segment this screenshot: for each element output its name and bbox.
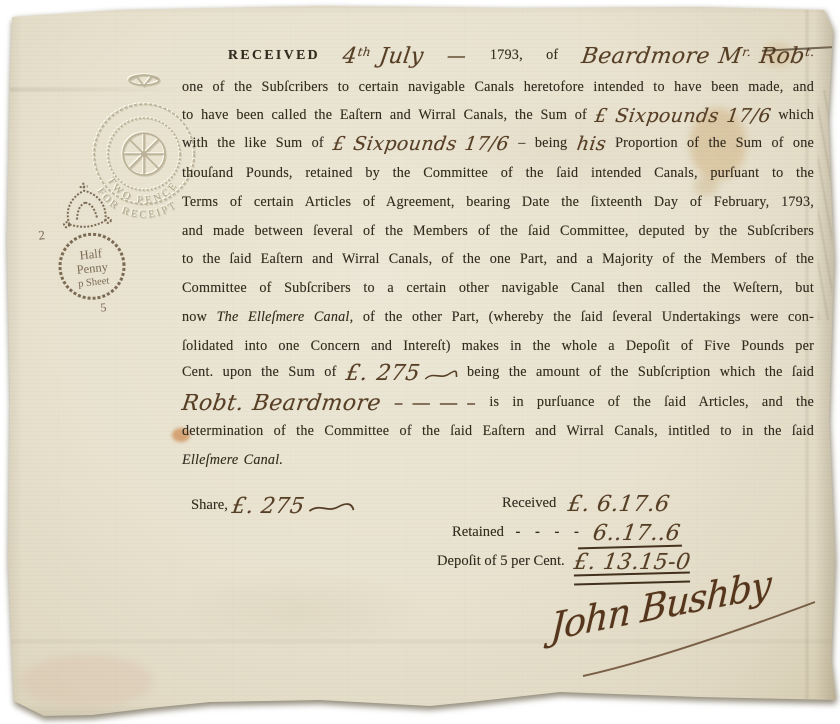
retained-label: Retained xyxy=(452,524,504,540)
handwritten-received-value: £. 6.17.6 xyxy=(566,492,671,517)
received-row: Received £. 6.17.6 xyxy=(502,492,670,517)
receipt-line: one of the Subſcribers to certain naviga… xyxy=(182,77,814,97)
duty-stamp-line3: p Sheet xyxy=(78,276,110,290)
duty-stamp-line2: Penny xyxy=(76,260,109,277)
italic-canal-name: The Elleſmere Canal, xyxy=(217,309,354,325)
deposit-row: Depoſit of 5 per Cent. £. 13.15-0 xyxy=(437,550,691,575)
handwritten-payer-name: Beardmore Mr. Robt. xyxy=(580,42,816,67)
deposit-label: Depoſit of 5 per Cent. xyxy=(437,553,565,569)
printed-text: is in purſuance of the ſaid Articles, an… xyxy=(489,394,814,410)
printed-text: Proportion of the Sum of one xyxy=(615,135,814,151)
scan-background: TWO PENCE FOR RECEIPT Half P xyxy=(0,0,840,724)
duty-stamp-left-mark: 2 xyxy=(38,227,46,243)
receipt-line: and made between ſeveral of the Members … xyxy=(182,221,814,241)
printed-text: to have been called the Eaſtern and Wirr… xyxy=(182,107,587,123)
receipt-paper-wrap: TWO PENCE FOR RECEIPT Half P xyxy=(0,0,840,724)
pen-flourish xyxy=(307,501,357,515)
receipt-line: Cent. upon the Sum of £. 275 being the a… xyxy=(182,362,814,384)
handwritten-retained-value: 6..17..6 xyxy=(591,521,682,546)
share-label: Share, xyxy=(191,497,228,513)
share-row: Share, £. 275 xyxy=(191,494,356,519)
receipt-line: thouſand Pounds, retained by the Committ… xyxy=(182,163,814,183)
receipt-header-line: RECEIVED 4th July — 1793, of Beardmore M… xyxy=(182,42,814,67)
receipt-line: Elleſmere Canal. xyxy=(182,450,814,470)
received-label: RECEIVED xyxy=(228,47,320,62)
receipt-line: to have been called the Eaſtern and Wirr… xyxy=(182,105,814,126)
handwritten-his: his xyxy=(575,134,607,154)
handwritten-subscription-sum: £. 275 xyxy=(344,364,459,384)
handwritten-payer-name-2: Robt. Beardmore xyxy=(181,394,383,414)
handwritten-dash: — xyxy=(446,46,468,66)
printed-text: which xyxy=(778,107,814,123)
receipt-line: Robt. Beardmore – — — – is in purſuance … xyxy=(182,392,814,414)
receipt-line: ſolidated into one Concern and Intereſt)… xyxy=(182,336,814,356)
receipt-line: with the like Sum of £ Sixpounds 17/6 – … xyxy=(182,133,814,154)
signature-flourish xyxy=(575,596,825,681)
pen-flourish xyxy=(423,370,459,382)
receipt-line: Committee of Subſcribers to a certain ot… xyxy=(182,278,814,298)
handwritten-share-value: £. 275 xyxy=(230,494,358,519)
receipt-paper: TWO PENCE FOR RECEIPT Half P xyxy=(0,0,840,724)
receipt-line: to the ſaid Eaſtern and Wirral Canals, o… xyxy=(182,249,814,269)
receipt-line: now The Elleſmere Canal, of the other Pa… xyxy=(182,307,814,327)
crease xyxy=(818,90,832,320)
year-of-text: 1793, of xyxy=(490,47,558,63)
printed-text: – being xyxy=(518,135,567,151)
halfpenny-duty-stamp-icon: Half Penny p Sheet 2 5 xyxy=(29,170,159,323)
printed-text: being the amount of the Subſcription whi… xyxy=(467,364,814,380)
handwritten-sum: £ Sixpounds 17/6 xyxy=(593,106,772,126)
handwritten-date: 4th July xyxy=(342,42,426,67)
stain xyxy=(22,655,152,707)
handwritten-sum: £ Sixpounds 17/6 xyxy=(332,134,511,154)
retained-dashes: - - - - xyxy=(516,524,581,540)
handwritten-dashes: – — — – xyxy=(392,393,477,413)
retained-row: Retained - - - - 6..17..6 xyxy=(452,521,680,546)
printed-text: of the other Part, (whereby the ſaid ſev… xyxy=(363,309,814,325)
printed-text: Cent. upon the Sum of xyxy=(182,364,337,380)
receipt-line: Terms of certain Articles of Agreement, … xyxy=(182,192,814,212)
received-label: Received xyxy=(502,495,556,511)
printed-text: with the like Sum of xyxy=(182,135,324,151)
receipt-line: determination of the Committee of the ſa… xyxy=(182,421,814,441)
printed-text: now xyxy=(182,309,207,325)
duty-stamp-bottom-mark: 5 xyxy=(100,300,107,315)
